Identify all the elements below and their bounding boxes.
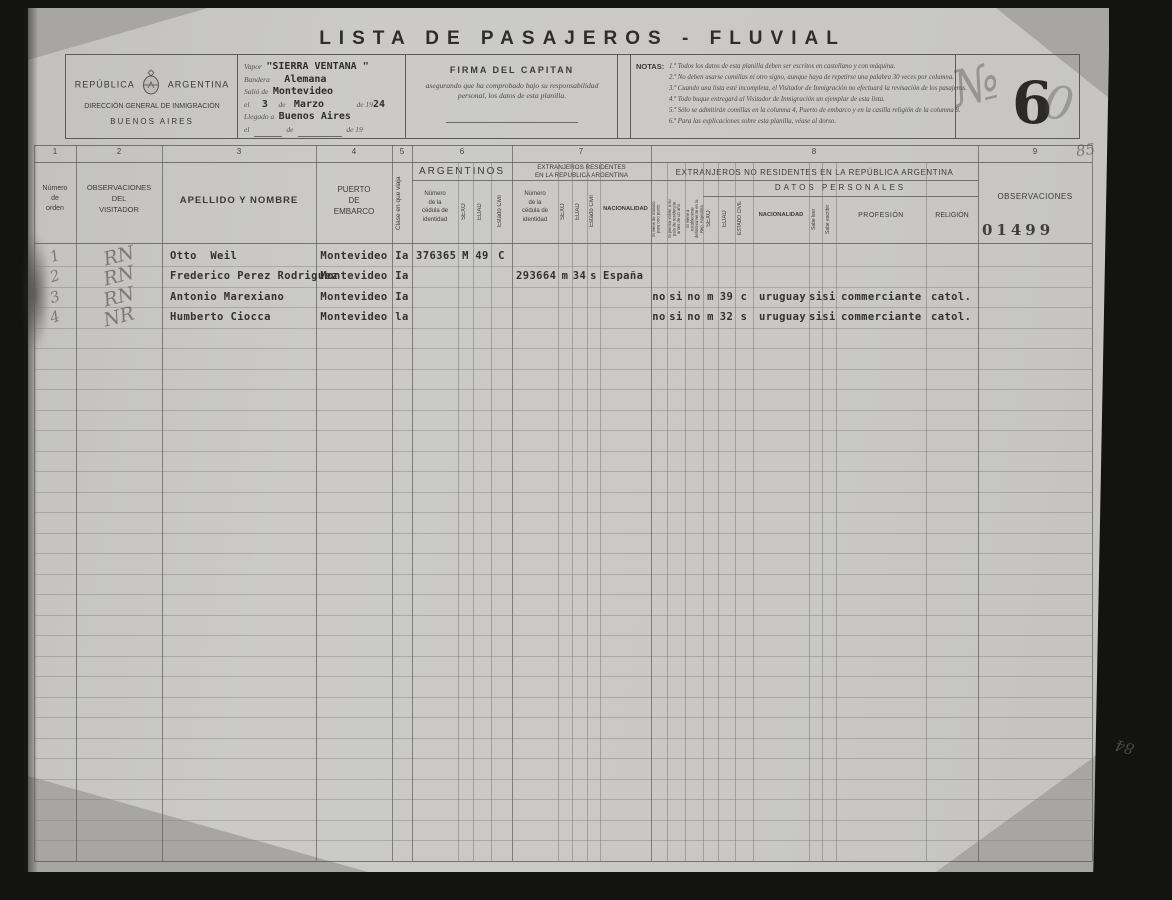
rule-line [34,799,1092,800]
table-line-horizontal [34,861,1092,862]
rule-line [34,840,1092,841]
cell-name: Frederico Perez Rodriguez [162,266,316,287]
table-line-horizontal [34,162,1092,163]
rule-line [34,553,1092,554]
cell-puerto: Montevideo [316,287,392,308]
rule-line [34,348,1092,349]
cell-nr-est: c [735,287,753,308]
cell-res-est: s [587,266,600,287]
cell-nr-transito: no [651,287,667,308]
cell-nr-transito: no [651,307,667,328]
cell-nr-sexo: m [703,287,718,308]
cell-puerto: Montevideo [316,246,392,267]
cell-nr-volver: si [667,307,685,328]
rule-line [34,656,1092,657]
subcolumn-line [735,163,736,861]
cell-nr-edad: 32 [718,307,735,328]
cell-nr-prof: commerciante [836,287,926,308]
cell-res-ced: 293664 [512,266,558,287]
column-line [651,145,652,861]
cell-nr-leer: si [809,287,822,308]
cell-arg-sexo: M [458,246,473,267]
subcolumn-line [458,163,459,861]
rule-line [34,389,1092,390]
rule-line [34,512,1092,513]
cell-res-nac: España [600,266,651,287]
cell-arg-ced: 376365 [412,246,458,267]
rule-line [34,328,1092,329]
cell-nr-rel: catol. [926,287,978,308]
cell-nr-establecerse: no [685,307,703,328]
subcolumn-line [822,163,823,861]
cell-nr-establecerse: no [685,287,703,308]
table-grid: 1RNOtto WeilMontevideoIa376365M49C2RNFre… [0,0,1172,900]
subcolumn-line [685,163,686,861]
cell-res-edad: 34 [572,266,587,287]
cell-arg-edad: 49 [473,246,491,267]
cell-name: Otto Weil [162,246,316,267]
cell-nr-leer: si [809,307,822,328]
subcolumn-line [703,163,704,861]
cell-res-sexo: m [558,266,572,287]
table-line-horizontal [412,180,978,181]
subcolumn-line [809,163,810,861]
cell-arg-est: C [491,246,512,267]
cell-clase: Ia [392,266,412,287]
table-line-horizontal [34,145,1092,146]
subcolumn-line [473,163,474,861]
subcolumn-line [836,163,837,861]
cell-nr-escribir: si [822,287,836,308]
cell-name: Antonio Marexiano [162,287,316,308]
scanned-passenger-list: LISTA DE PASAJEROS - FLUVIAL REPÚBLICA [0,0,1172,900]
cell-nr-escribir: si [822,307,836,328]
subcolumn-line [491,163,492,861]
rule-line [34,615,1092,616]
subcolumn-line [753,163,754,861]
cell-nr-edad: 39 [718,287,735,308]
rule-line [34,430,1092,431]
cell-nr-nac: uruguay [753,307,809,328]
column-line [978,145,979,861]
cell-nr-est: s [735,307,753,328]
cell-nr-sexo: m [703,307,718,328]
rule-line [34,717,1092,718]
rule-line [34,697,1092,698]
cell-nr-volver: si [667,287,685,308]
rule-line [34,820,1092,821]
rule-line [34,594,1092,595]
subcolumn-line [718,163,719,861]
cell-puerto: Montevideo [316,266,392,287]
rule-line [34,451,1092,452]
subcolumn-line [926,163,927,861]
rule-line [34,410,1092,411]
rule-line [34,574,1092,575]
subcolumn-line [667,163,668,861]
cell-clase: la [392,307,412,328]
rule-line [34,779,1092,780]
rule-line [34,635,1092,636]
column-line [512,145,513,861]
cell-nr-rel: catol. [926,307,978,328]
rule-line [34,492,1092,493]
cell-name: Humberto Ciocca [162,307,316,328]
rule-line [34,676,1092,677]
rule-line [34,533,1092,534]
rule-line [34,369,1092,370]
table-line-horizontal [34,243,1092,244]
rule-line [34,738,1092,739]
rule-line [34,471,1092,472]
cell-nr-nac: uruguay [753,287,809,308]
cell-clase: Ia [392,287,412,308]
column-line [1092,145,1093,861]
cell-nr-prof: commerciante [836,307,926,328]
cell-puerto: Montevideo [316,307,392,328]
table-line-horizontal [703,196,978,197]
cell-clase: Ia [392,246,412,267]
rule-line [34,758,1092,759]
